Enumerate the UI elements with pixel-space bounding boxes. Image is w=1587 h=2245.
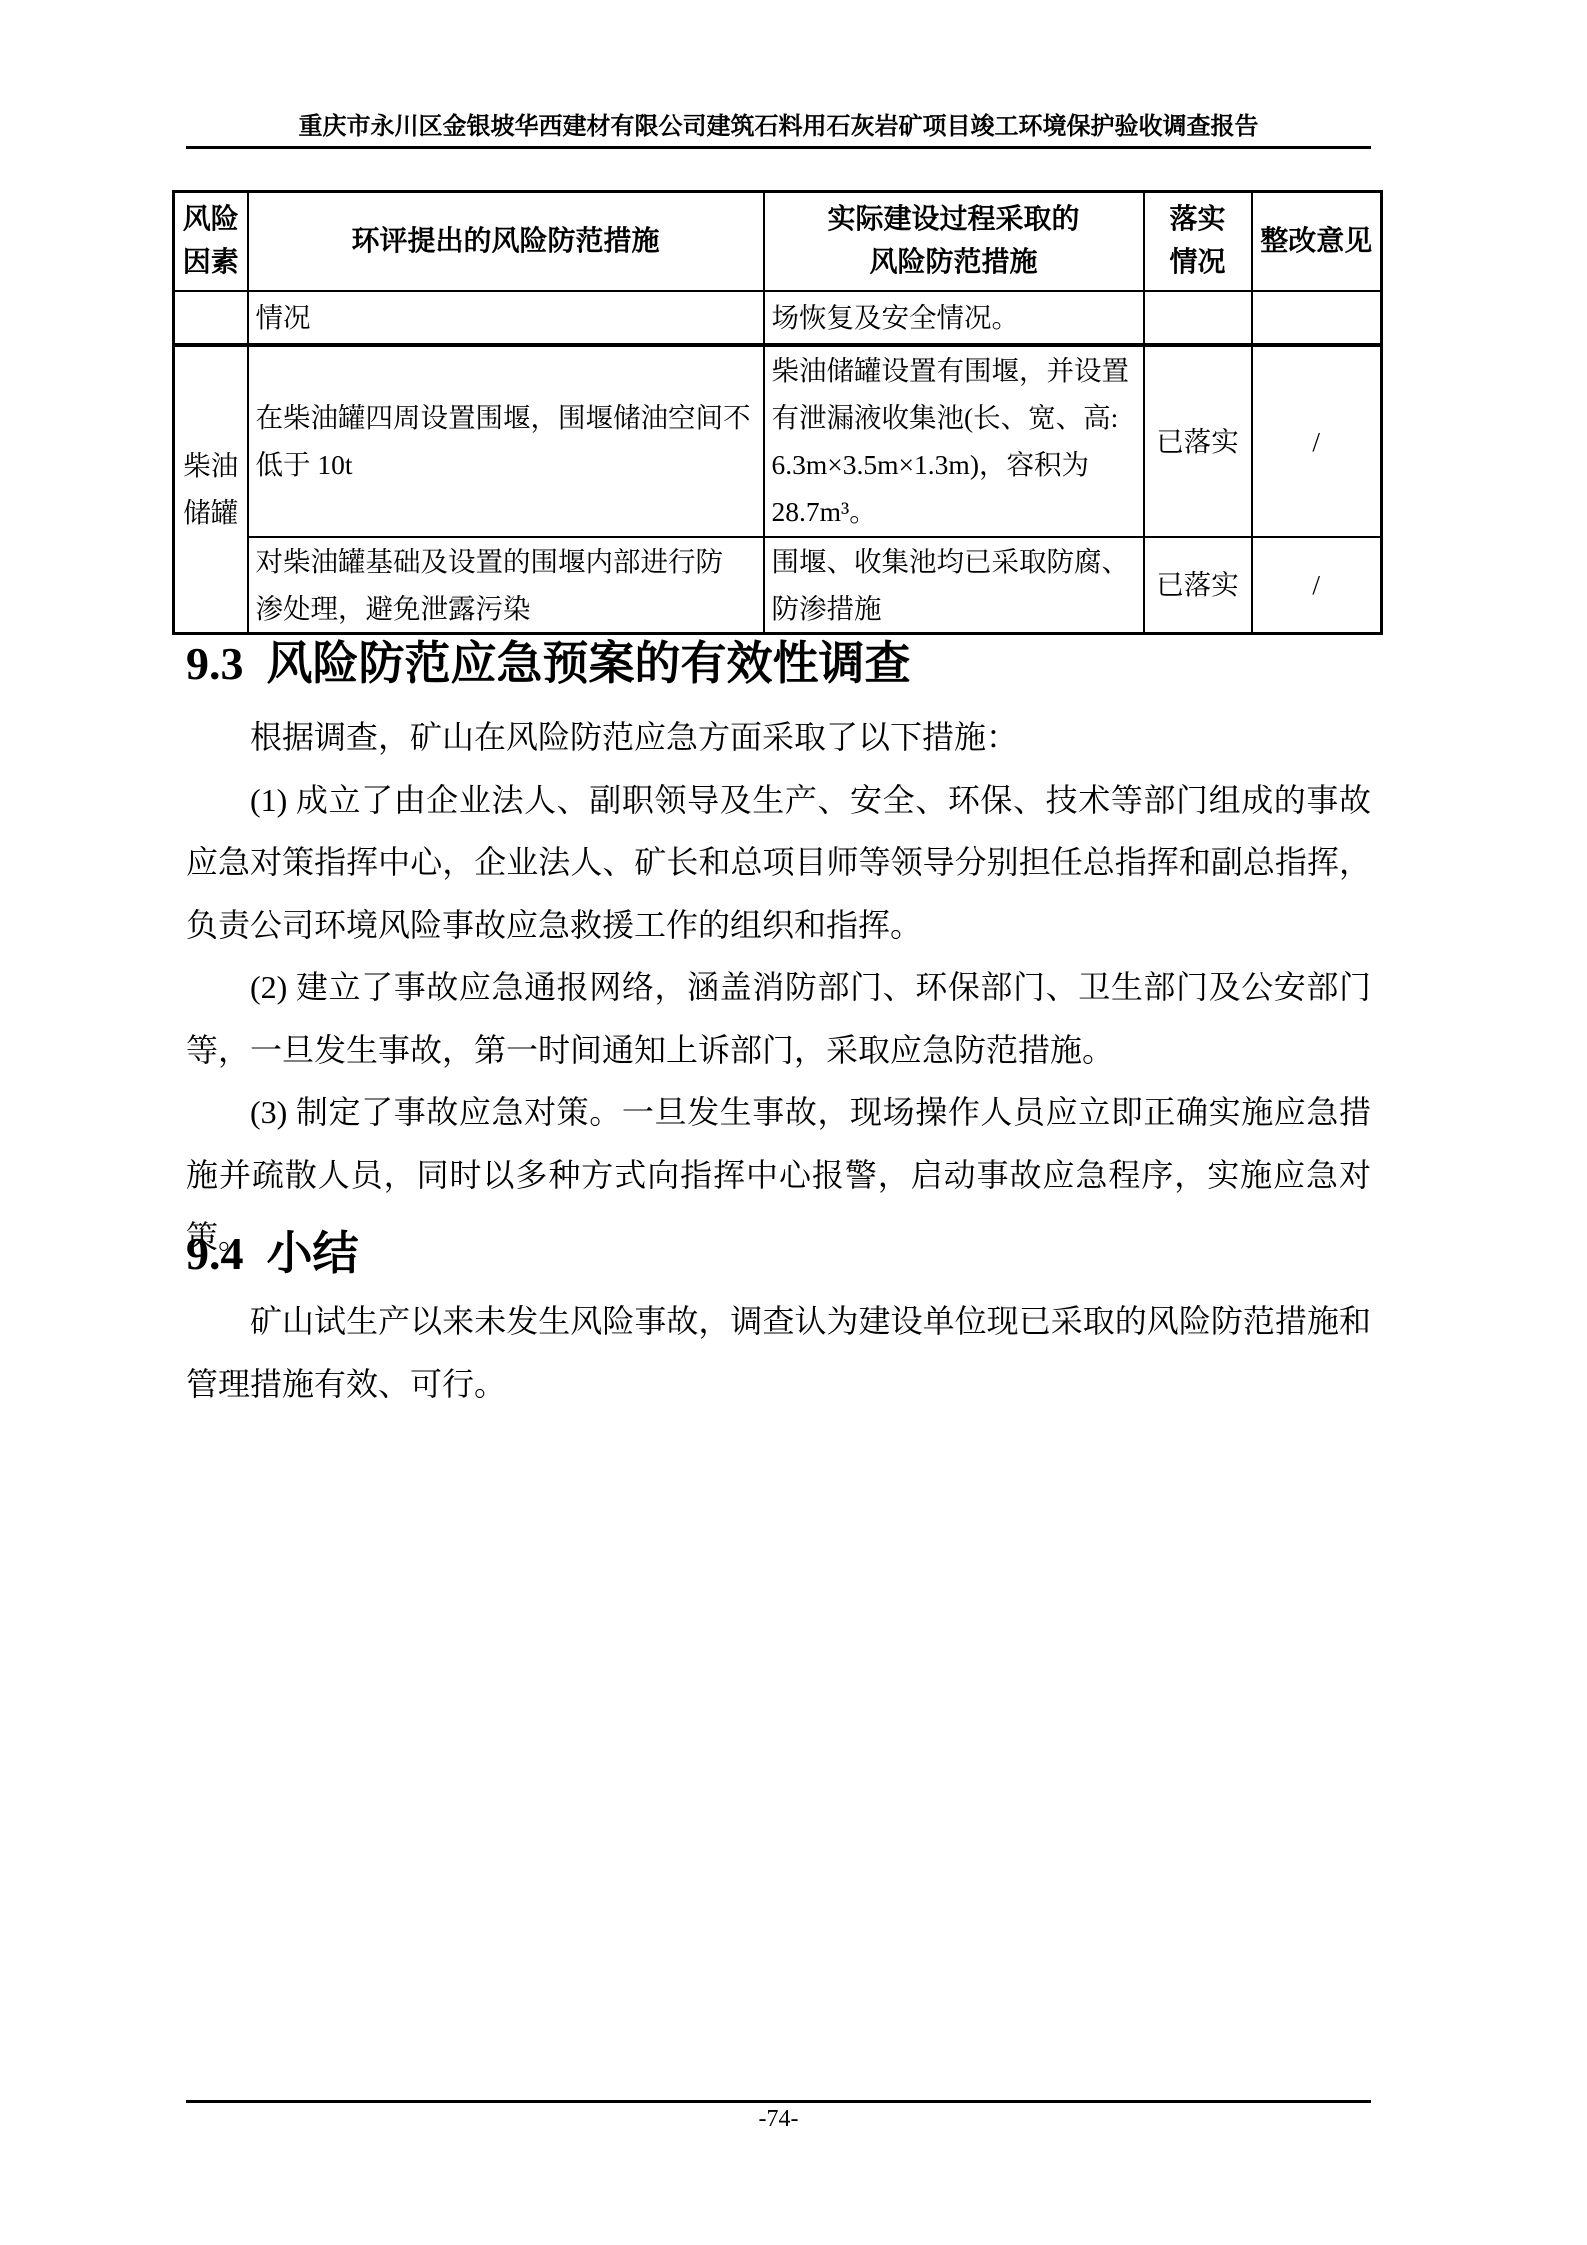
section-heading-9-4: 9.4小结 [186, 1228, 359, 1280]
table-row-continuation: 情况 场恢复及安全情况。 [174, 291, 1382, 345]
col-header-risk-factor: 风险 因素 [174, 192, 248, 291]
cell-actual-seepage: 围堰、收集池均已采取防腐、 防渗措施 [764, 537, 1144, 634]
cell-opinion-empty [1252, 291, 1382, 345]
page-footer-rule [186, 2100, 1371, 2103]
page-header-title: 重庆市永川区金银坡华西建材有限公司建筑石料用石灰岩矿项目竣工环境保护验收调查报告 [186, 112, 1371, 142]
cell-status-implemented-2: 已落实 [1144, 537, 1252, 634]
cell-status-implemented-1: 已落实 [1144, 345, 1252, 537]
cell-eia-seepage: 对柴油罐基础及设置的围堰内部进行防 渗处理，避免泄露污染 [248, 537, 764, 634]
risk-measures-table: 风险 因素 环评提出的风险防范措施 实际建设过程采取的 风险防范措施 落实 情况… [172, 190, 1383, 635]
table-header-row: 风险 因素 环评提出的风险防范措施 实际建设过程采取的 风险防范措施 落实 情况… [174, 192, 1382, 291]
cell-factor-empty [174, 291, 248, 345]
paragraph-intro: 根据调查，矿山在风险防范应急方面采取了以下措施： [186, 706, 1371, 769]
paragraph-measure-3: (3) 制定了事故应急对策。一旦发生事故，现场操作人员应立即正确实施应急措施并疏… [186, 1081, 1371, 1269]
table-row-diesel-tank-1: 柴油 储罐 在柴油罐四周设置围堰，围堰储油空间不 低于 10t 柴油储罐设置有围… [174, 345, 1382, 537]
col-header-eia-measures: 环评提出的风险防范措施 [248, 192, 764, 291]
cell-actual-continuation: 场恢复及安全情况。 [764, 291, 1144, 345]
section-number-9-3: 9.3 [186, 638, 244, 690]
section-heading-9-3: 9.3风险防范应急预案的有效性调查 [186, 638, 911, 690]
paragraph-measure-2: (2) 建立了事故应急通报网络，涵盖消防部门、环保部门、卫生部门及公安部门等，一… [186, 956, 1371, 1081]
section-9-3-body: 根据调查，矿山在风险防范应急方面采取了以下措施： (1) 成立了由企业法人、副职… [186, 706, 1371, 1269]
paragraph-summary: 矿山试生产以来未发生风险事故，调查认为建设单位现已采取的风险防范措施和管理措施有… [186, 1290, 1371, 1415]
cell-actual-dike: 柴油储罐设置有围堰，并设置 有泄漏液收集池(长、宽、高: 6.3m×3.5m×1… [764, 345, 1144, 537]
cell-eia-dike: 在柴油罐四周设置围堰，围堰储油空间不 低于 10t [248, 345, 764, 537]
col-header-opinion: 整改意见 [1252, 192, 1382, 291]
cell-opinion-none-2: / [1252, 537, 1382, 634]
paragraph-measure-1: (1) 成立了由企业法人、副职领导及生产、安全、环保、技术等部门组成的事故应急对… [186, 769, 1371, 957]
section-number-9-4: 9.4 [186, 1228, 244, 1280]
cell-opinion-none-1: / [1252, 345, 1382, 537]
col-header-status: 落实 情况 [1144, 192, 1252, 291]
section-title-9-3: 风险防范应急预案的有效性调查 [267, 638, 911, 689]
cell-status-empty [1144, 291, 1252, 345]
page-number: -74- [186, 2104, 1371, 2134]
section-9-4-body: 矿山试生产以来未发生风险事故，调查认为建设单位现已采取的风险防范措施和管理措施有… [186, 1290, 1371, 1415]
page-header-rule [186, 146, 1371, 149]
table-row-diesel-tank-2: 对柴油罐基础及设置的围堰内部进行防 渗处理，避免泄露污染 围堰、收集池均已采取防… [174, 537, 1382, 634]
cell-eia-continuation: 情况 [248, 291, 764, 345]
document-page: 重庆市永川区金银坡华西建材有限公司建筑石料用石灰岩矿项目竣工环境保护验收调查报告… [0, 0, 1587, 2245]
col-header-actual-measures: 实际建设过程采取的 风险防范措施 [764, 192, 1144, 291]
section-title-9-4: 小结 [267, 1228, 359, 1279]
cell-factor-diesel-tank: 柴油 储罐 [174, 345, 248, 634]
